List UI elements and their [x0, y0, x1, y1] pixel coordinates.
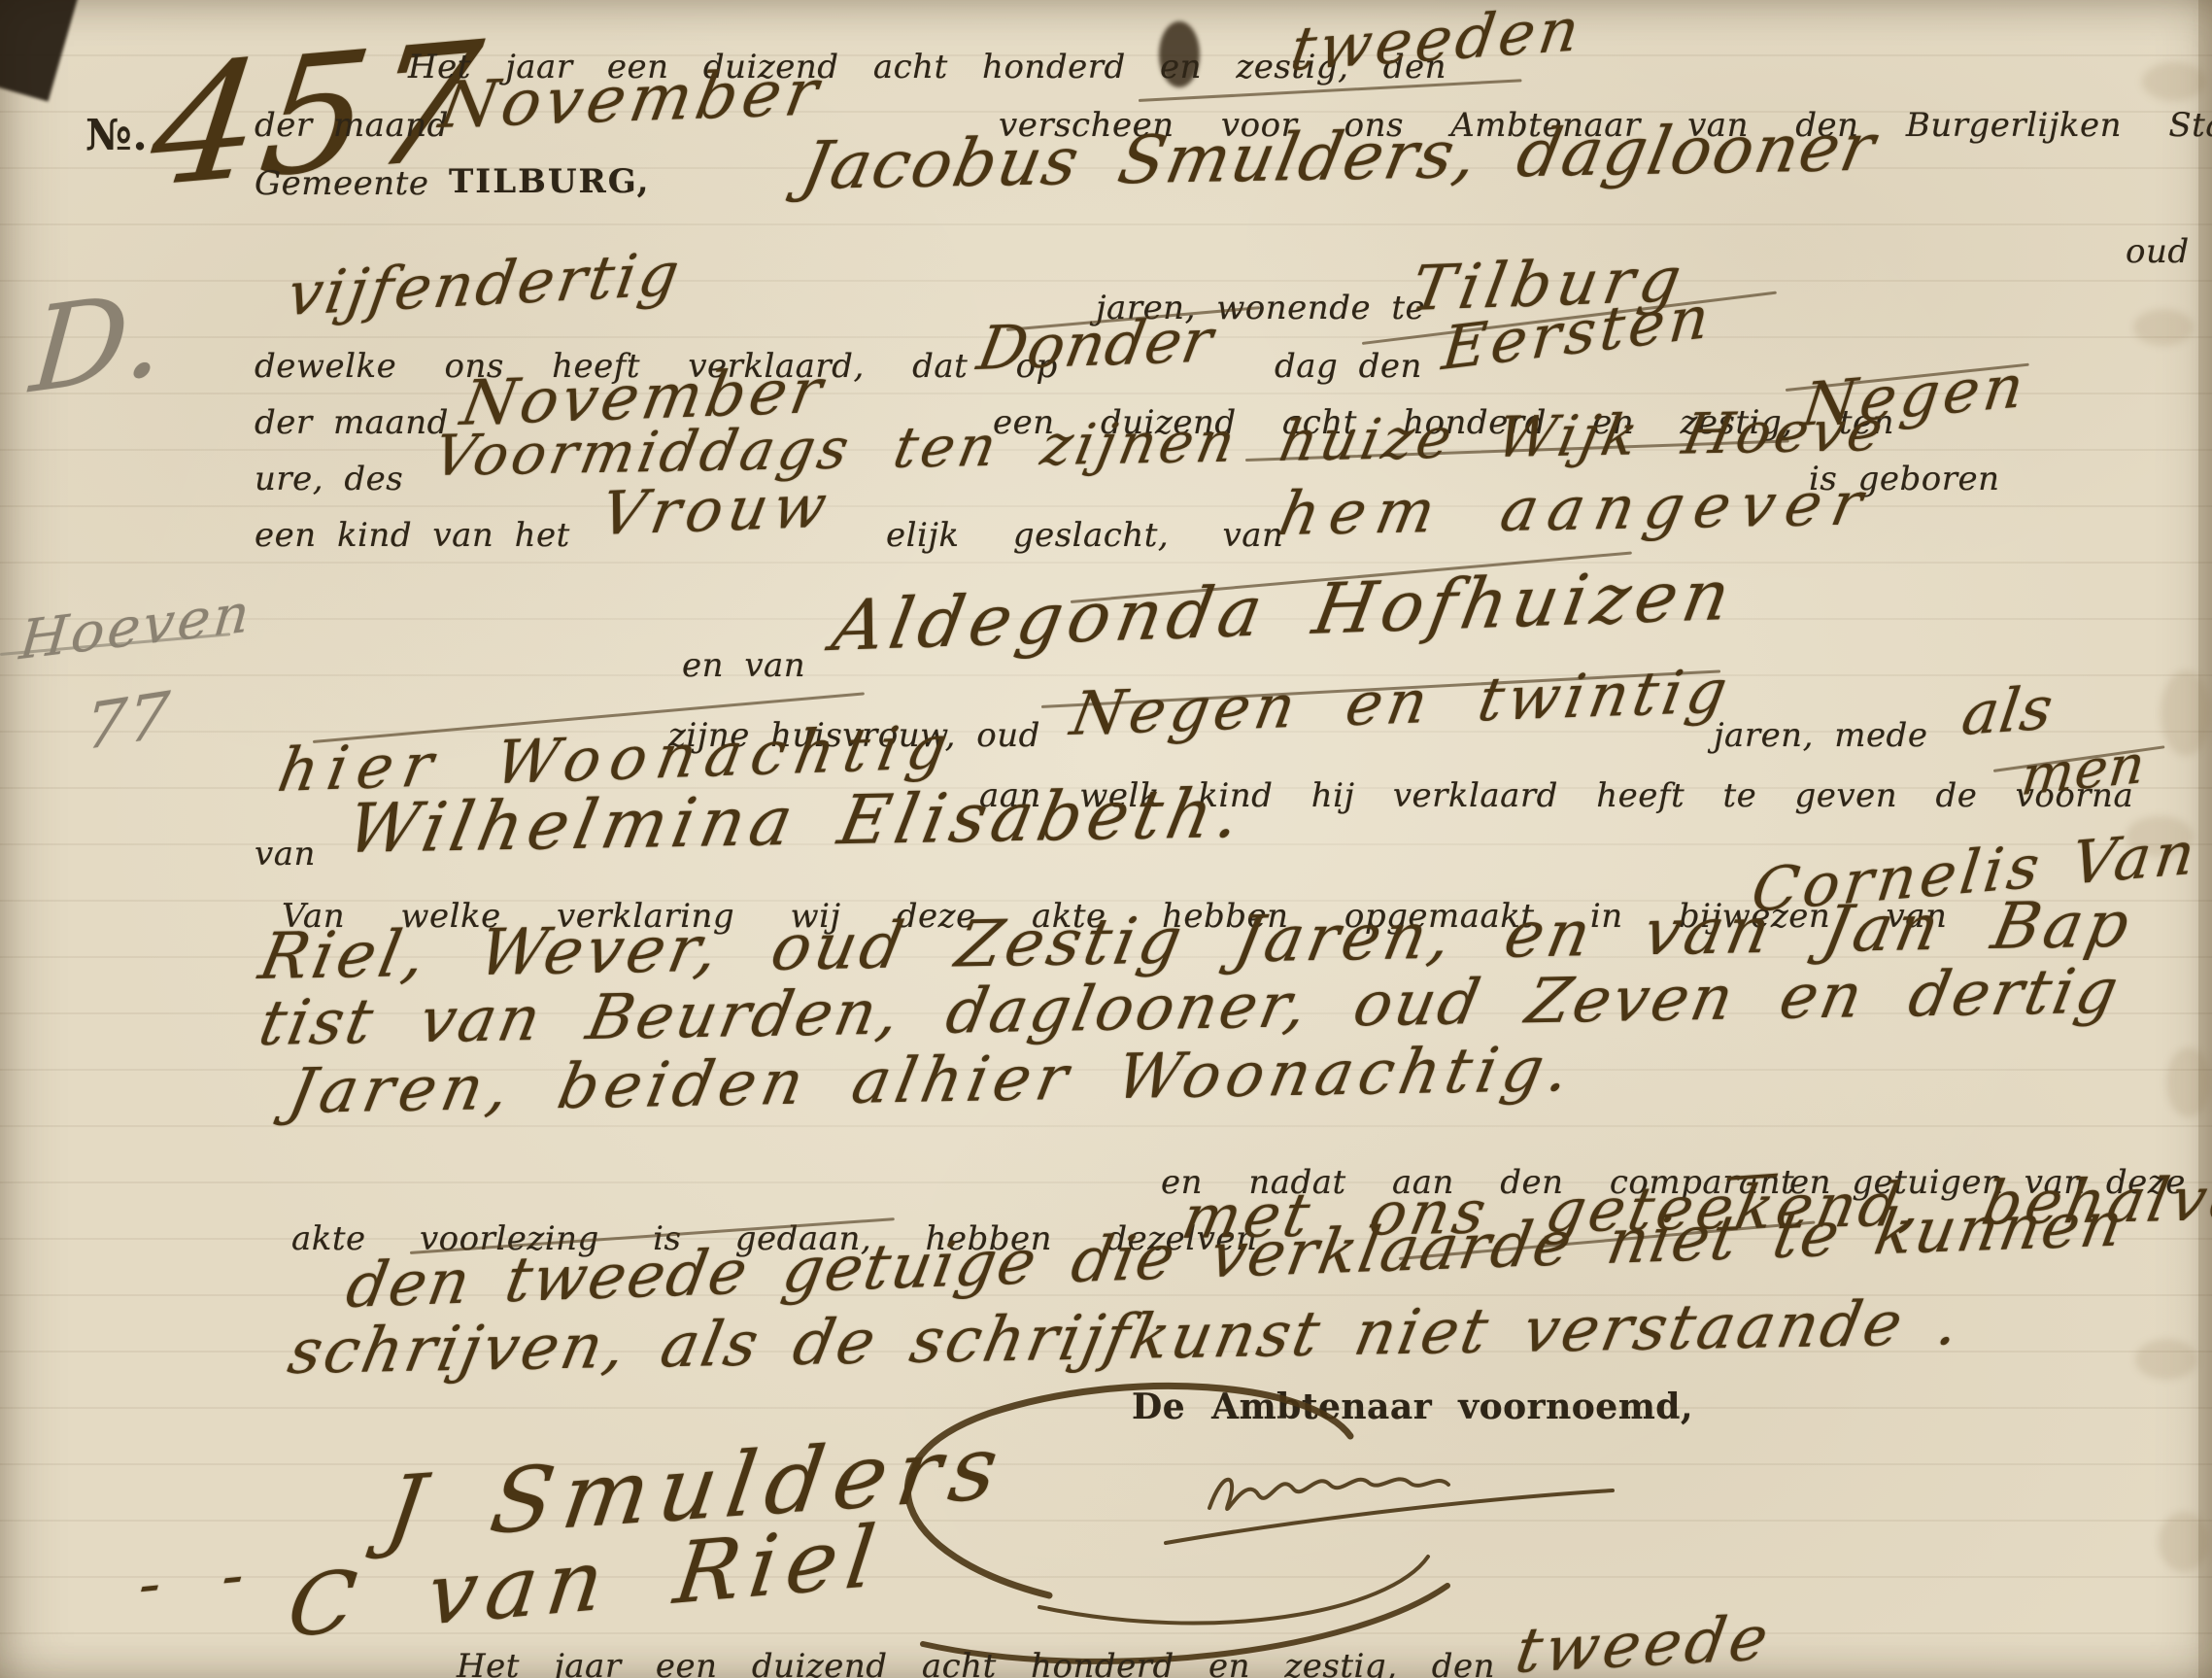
printed-next-act-year: Het jaar een duizend acht honderd en zes… — [457, 1650, 1495, 1678]
hand-als: als — [1958, 678, 2058, 744]
pencil-margin-letter: D. — [27, 275, 169, 410]
signature-witness: C van Riel — [284, 1514, 889, 1650]
bleed-through-spot — [2166, 1047, 2211, 1117]
hand-day-of-act: tweeden — [1287, 0, 1586, 80]
printed-der-maand-1: der maand — [255, 109, 449, 142]
printed-van: van — [255, 838, 316, 871]
signature-dashes: - - — [136, 1544, 248, 1617]
hand-declarant-name: Jacobus Smulders, daglooner — [797, 116, 1882, 200]
printed-der-maand-2: der maand — [255, 406, 449, 439]
hand-declarant-ref: hem aangever — [1275, 473, 1878, 544]
pencil-margin-wijk: Hoeven — [17, 587, 255, 668]
printed-geslacht-van: elijk geslacht, van — [886, 519, 1283, 552]
page-edge-shadow — [2198, 0, 2212, 1678]
printed-en-van: en van — [682, 649, 805, 682]
pencil-margin-number: 77 — [84, 683, 172, 760]
hand-sex: Vrouw — [596, 476, 836, 544]
hand-mother-name: Aldegonda Hofhuizen — [828, 560, 1741, 661]
scan-corner-shadow — [0, 0, 79, 101]
printed-oud: oud — [2126, 235, 2190, 268]
hand-month-of-act: November — [435, 60, 828, 138]
birth-record-page: №. 457 D. Hoeven 77 Het jaar een duizend… — [0, 0, 2212, 1678]
act-number-label: №. — [85, 115, 148, 157]
hand-declarant-age: vijfendertig — [284, 244, 686, 325]
hand-next-act-day: tweede — [1512, 1608, 1776, 1678]
printed-gemeente-name: TILBURG, — [449, 165, 650, 198]
printed-jaren-mede: jaren, mede — [1714, 719, 1927, 752]
bleed-through-spot — [2135, 1339, 2197, 1380]
printed-ure-des: ure, des — [255, 462, 403, 496]
printed-dag-den: dag den — [1275, 350, 1422, 383]
printed-kind-van-het: een kind van het — [255, 519, 570, 552]
printed-gemeente: Gemeente — [255, 167, 428, 200]
bleed-through-spot — [2133, 309, 2194, 346]
bleed-through-spot — [2159, 1512, 2209, 1572]
hand-child-name: Wilhelmina Elisabeth. — [342, 779, 1251, 863]
bleed-through-spot — [2161, 670, 2211, 756]
hand-voornamen-einde: men — [2019, 737, 2148, 805]
bleed-through-spot — [2142, 62, 2206, 101]
